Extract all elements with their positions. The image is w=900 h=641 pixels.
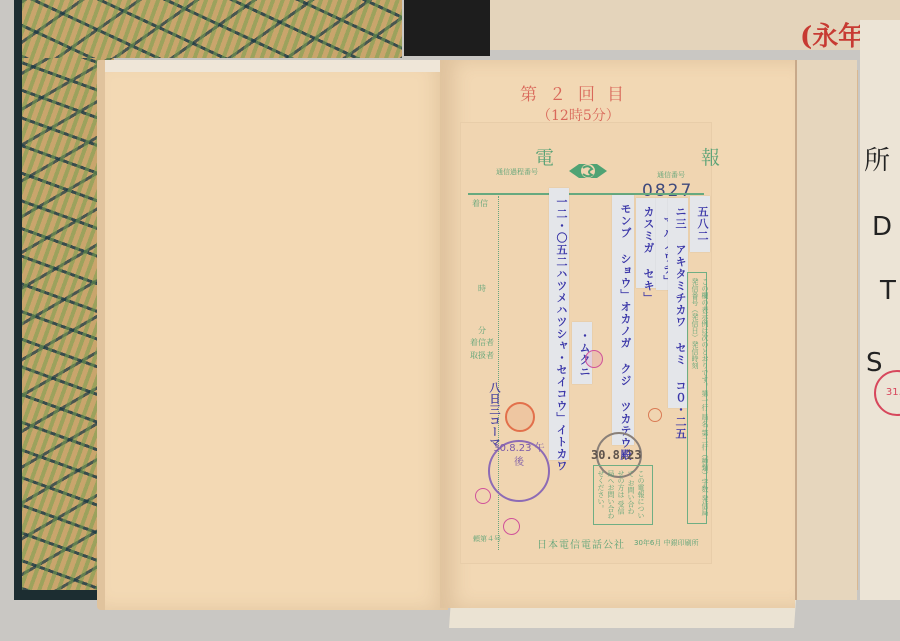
tape-text-recipient-3: カスミガ セキ」 [640,206,656,304]
side-label-minute: 分 [478,325,486,336]
side-note-sheet [860,20,900,600]
handwritten-char-3: T [880,276,896,306]
postmark-date: 30.8.23 [591,448,642,462]
purple-stamp-text: 30.8.23 午後 [493,443,544,468]
purple-date-stamp: 30.8.23 午後 [488,440,550,502]
handwritten-margin-note: 八日三コーマ [486,382,502,448]
tape-text-recipient-1: ニ三 アキタミチカワ セミ コ０・二五 [672,206,688,440]
pink-seal-stamp-3 [585,350,603,368]
form-number: 頼第４号 [473,534,501,544]
side-label-hour: 時 [478,283,486,294]
organization-name: 日本電信電話公社 [537,536,625,551]
orange-seal-stamp [505,402,535,432]
sender-serial-label: 通信過程番号 [496,167,538,177]
left-page [97,60,448,610]
side-label-received: 着信 [472,198,488,209]
format-legend-text: この欄の表示例は次のとおりです。第一行 局名 第二行（種類）字数 発信局 発信番… [690,278,710,516]
black-spine-block [404,0,490,56]
tape-text-origin: 一二・〇五二ハツメハツシャ・セイコウ」イトカワ [553,196,569,472]
handwritten-char-1: 所 [864,140,890,177]
tape-text-address-code: 五八二 [694,206,710,242]
receiver-serial-label: 通信番号 [657,170,685,180]
form-rule [468,193,704,195]
session-heading: 第２回目 [520,80,636,105]
orange-seal-stamp-2 [648,408,662,422]
tape-text-message: モンブ ショウ」オカノガ クジ ツカテウ殿 [617,203,633,461]
inquiry-notice-text: この電報について お問い合わせの方は 受信局へお問い合わせください。 [598,470,646,520]
handwritten-char-4: S [866,348,883,378]
pink-seal-stamp-1 [475,488,491,504]
left-page-top-edge [105,60,440,72]
handwritten-char-2: D [872,212,892,242]
print-date: 30年6月 中銀印刷所 [634,538,699,548]
nippon-telegraph-telephone-logo-icon [569,160,607,182]
marbled-endpaper-top [22,0,402,58]
side-label-handler: 取扱者 [470,350,494,361]
side-label-receiver: 着信者 [470,337,494,348]
dotted-divider [498,196,499,550]
pink-seal-stamp-2 [503,518,520,535]
page-stack-edge-inner [795,60,857,600]
